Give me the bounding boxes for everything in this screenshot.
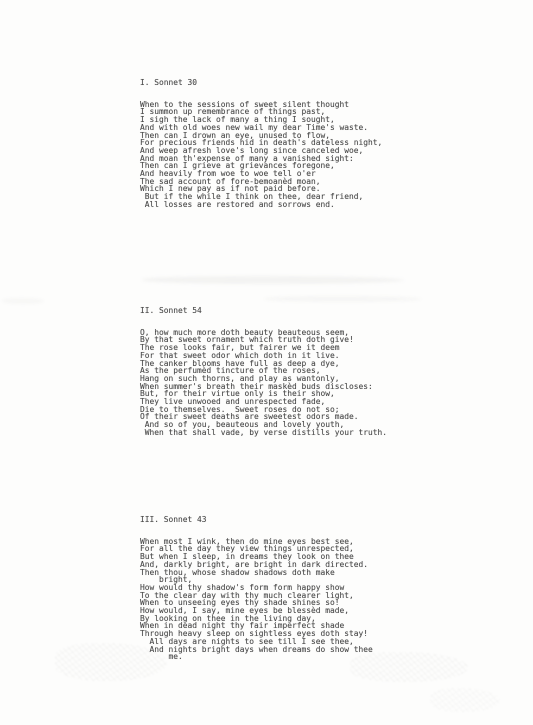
sonnet-43-heading: III. Sonnet 43 (140, 516, 373, 524)
sonnet-43-body: When most I wink, then do mine eyes best… (140, 538, 373, 661)
sonnet-30-section: I. Sonnet 30 When to the sessions of swe… (140, 79, 382, 209)
sonnet-54-heading: II. Sonnet 54 (140, 307, 387, 315)
scan-noise-speckle (430, 688, 500, 712)
sonnet-54-section: II. Sonnet 54 O, how much more doth beau… (140, 307, 387, 437)
sonnet-54-body: O, how much more doth beauty beauteous s… (140, 329, 387, 437)
scan-noise-streak (2, 298, 44, 304)
scanned-document-page: I. Sonnet 30 When to the sessions of swe… (0, 0, 533, 725)
scan-noise-streak (142, 276, 404, 284)
sonnet-43-section: III. Sonnet 43 When most I wink, then do… (140, 516, 373, 661)
sonnet-30-body: When to the sessions of sweet silent tho… (140, 101, 382, 209)
scan-noise-streak (264, 296, 422, 302)
sonnet-30-heading: I. Sonnet 30 (140, 79, 382, 87)
